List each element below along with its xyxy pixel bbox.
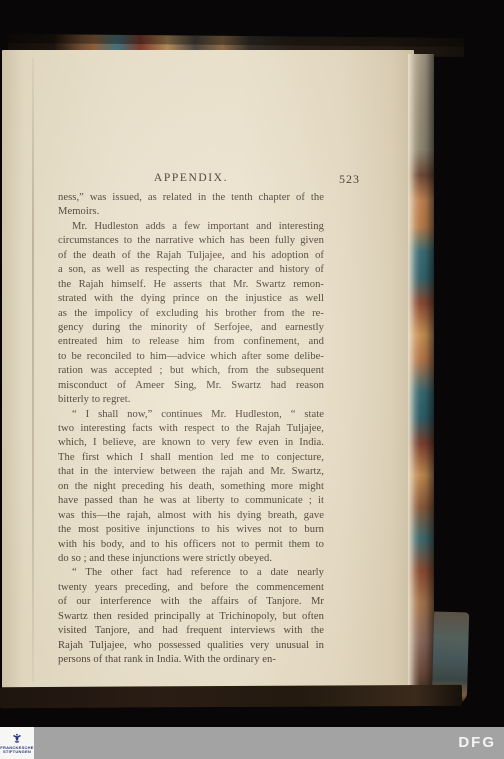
text-line: bitterly to regret. [58,393,324,407]
text-line: Mr. Hudleston adds a few important and i… [58,220,324,234]
book-page: APPENDIX. 523 ness,” was issued, as rela… [2,50,414,690]
text-line: strated with the dying prince on the inj… [58,292,324,306]
library-logo-line2: STIFTUNGEN [0,750,33,755]
text-line: persons of that rank in India. With the … [58,653,324,667]
text-line: ration was accepted ; but which, from th… [58,364,324,378]
book-bottom-edge [0,685,462,708]
book-fore-edge [408,54,434,692]
page-header: APPENDIX. 523 [58,172,360,188]
running-title: APPENDIX. [58,172,324,184]
text-line: to be reconciled to him—advice which aft… [58,350,324,364]
text-line: The first which I shall mention led me t… [58,451,324,465]
text-line: have passed than he was at liberty to co… [58,494,324,508]
eagle-emblem-icon [11,732,23,745]
page-text: ness,” was issued, as related in the ten… [58,191,324,667]
text-line: Swartz then resided principally at Trich… [58,610,324,624]
text-line: do so ; and these injunctions were stric… [58,552,324,566]
text-line: which, I believe, are known to very few … [58,436,324,450]
text-line: visited Tanjore, and had frequent interv… [58,624,324,638]
text-line: the most positive injunctions to his wiv… [58,523,324,537]
text-line: gency during the minority of Serfojee, a… [58,321,324,335]
text-line: “ I shall now,” continues Mr. Hudleston,… [58,408,324,422]
page-number: 523 [339,172,360,187]
text-line: with his body, and to his officers not t… [58,538,324,552]
text-line: of our interference with the affairs of … [58,595,324,609]
text-line: Rajah Tuljajee, who possessed qualities … [58,639,324,653]
scan-footer-bar: FRANCKESCHE STIFTUNGEN DFG [0,727,504,759]
text-line: the Rajah himself. He asserts that Mr. S… [58,278,324,292]
dfg-logo: DFG [458,734,496,751]
scanned-book-photo: APPENDIX. 523 ness,” was issued, as rela… [0,0,504,759]
library-logo: FRANCKESCHE STIFTUNGEN [0,727,34,759]
text-line: was this—the rajah, almost with his dyin… [58,509,324,523]
library-logo-text: FRANCKESCHE STIFTUNGEN [0,746,33,755]
text-line: as the impolicy of excluding his brother… [58,307,324,321]
page-gutter-crease [32,58,34,682]
text-line: two interesting facts with respect to th… [58,422,324,436]
text-line: ness,” was issued, as related in the ten… [58,191,324,205]
text-line: that in the interview between the rajah … [58,465,324,479]
text-line: of the death of the Rajah Tuljajee, and … [58,249,324,263]
text-line: a son, as well as respecting the charact… [58,263,324,277]
text-line: misconduct of Ameer Sing, Mr. Swartz had… [58,379,324,393]
text-line: on the night preceding his death, someth… [58,480,324,494]
text-line: entreated him to release him from confin… [58,335,324,349]
text-line: “ The other fact had reference to a date… [58,566,324,580]
text-line: twenty years preceding, and before the c… [58,581,324,595]
text-line: Memoirs. [58,205,324,219]
text-line: circumstances to the narrative which has… [58,234,324,248]
